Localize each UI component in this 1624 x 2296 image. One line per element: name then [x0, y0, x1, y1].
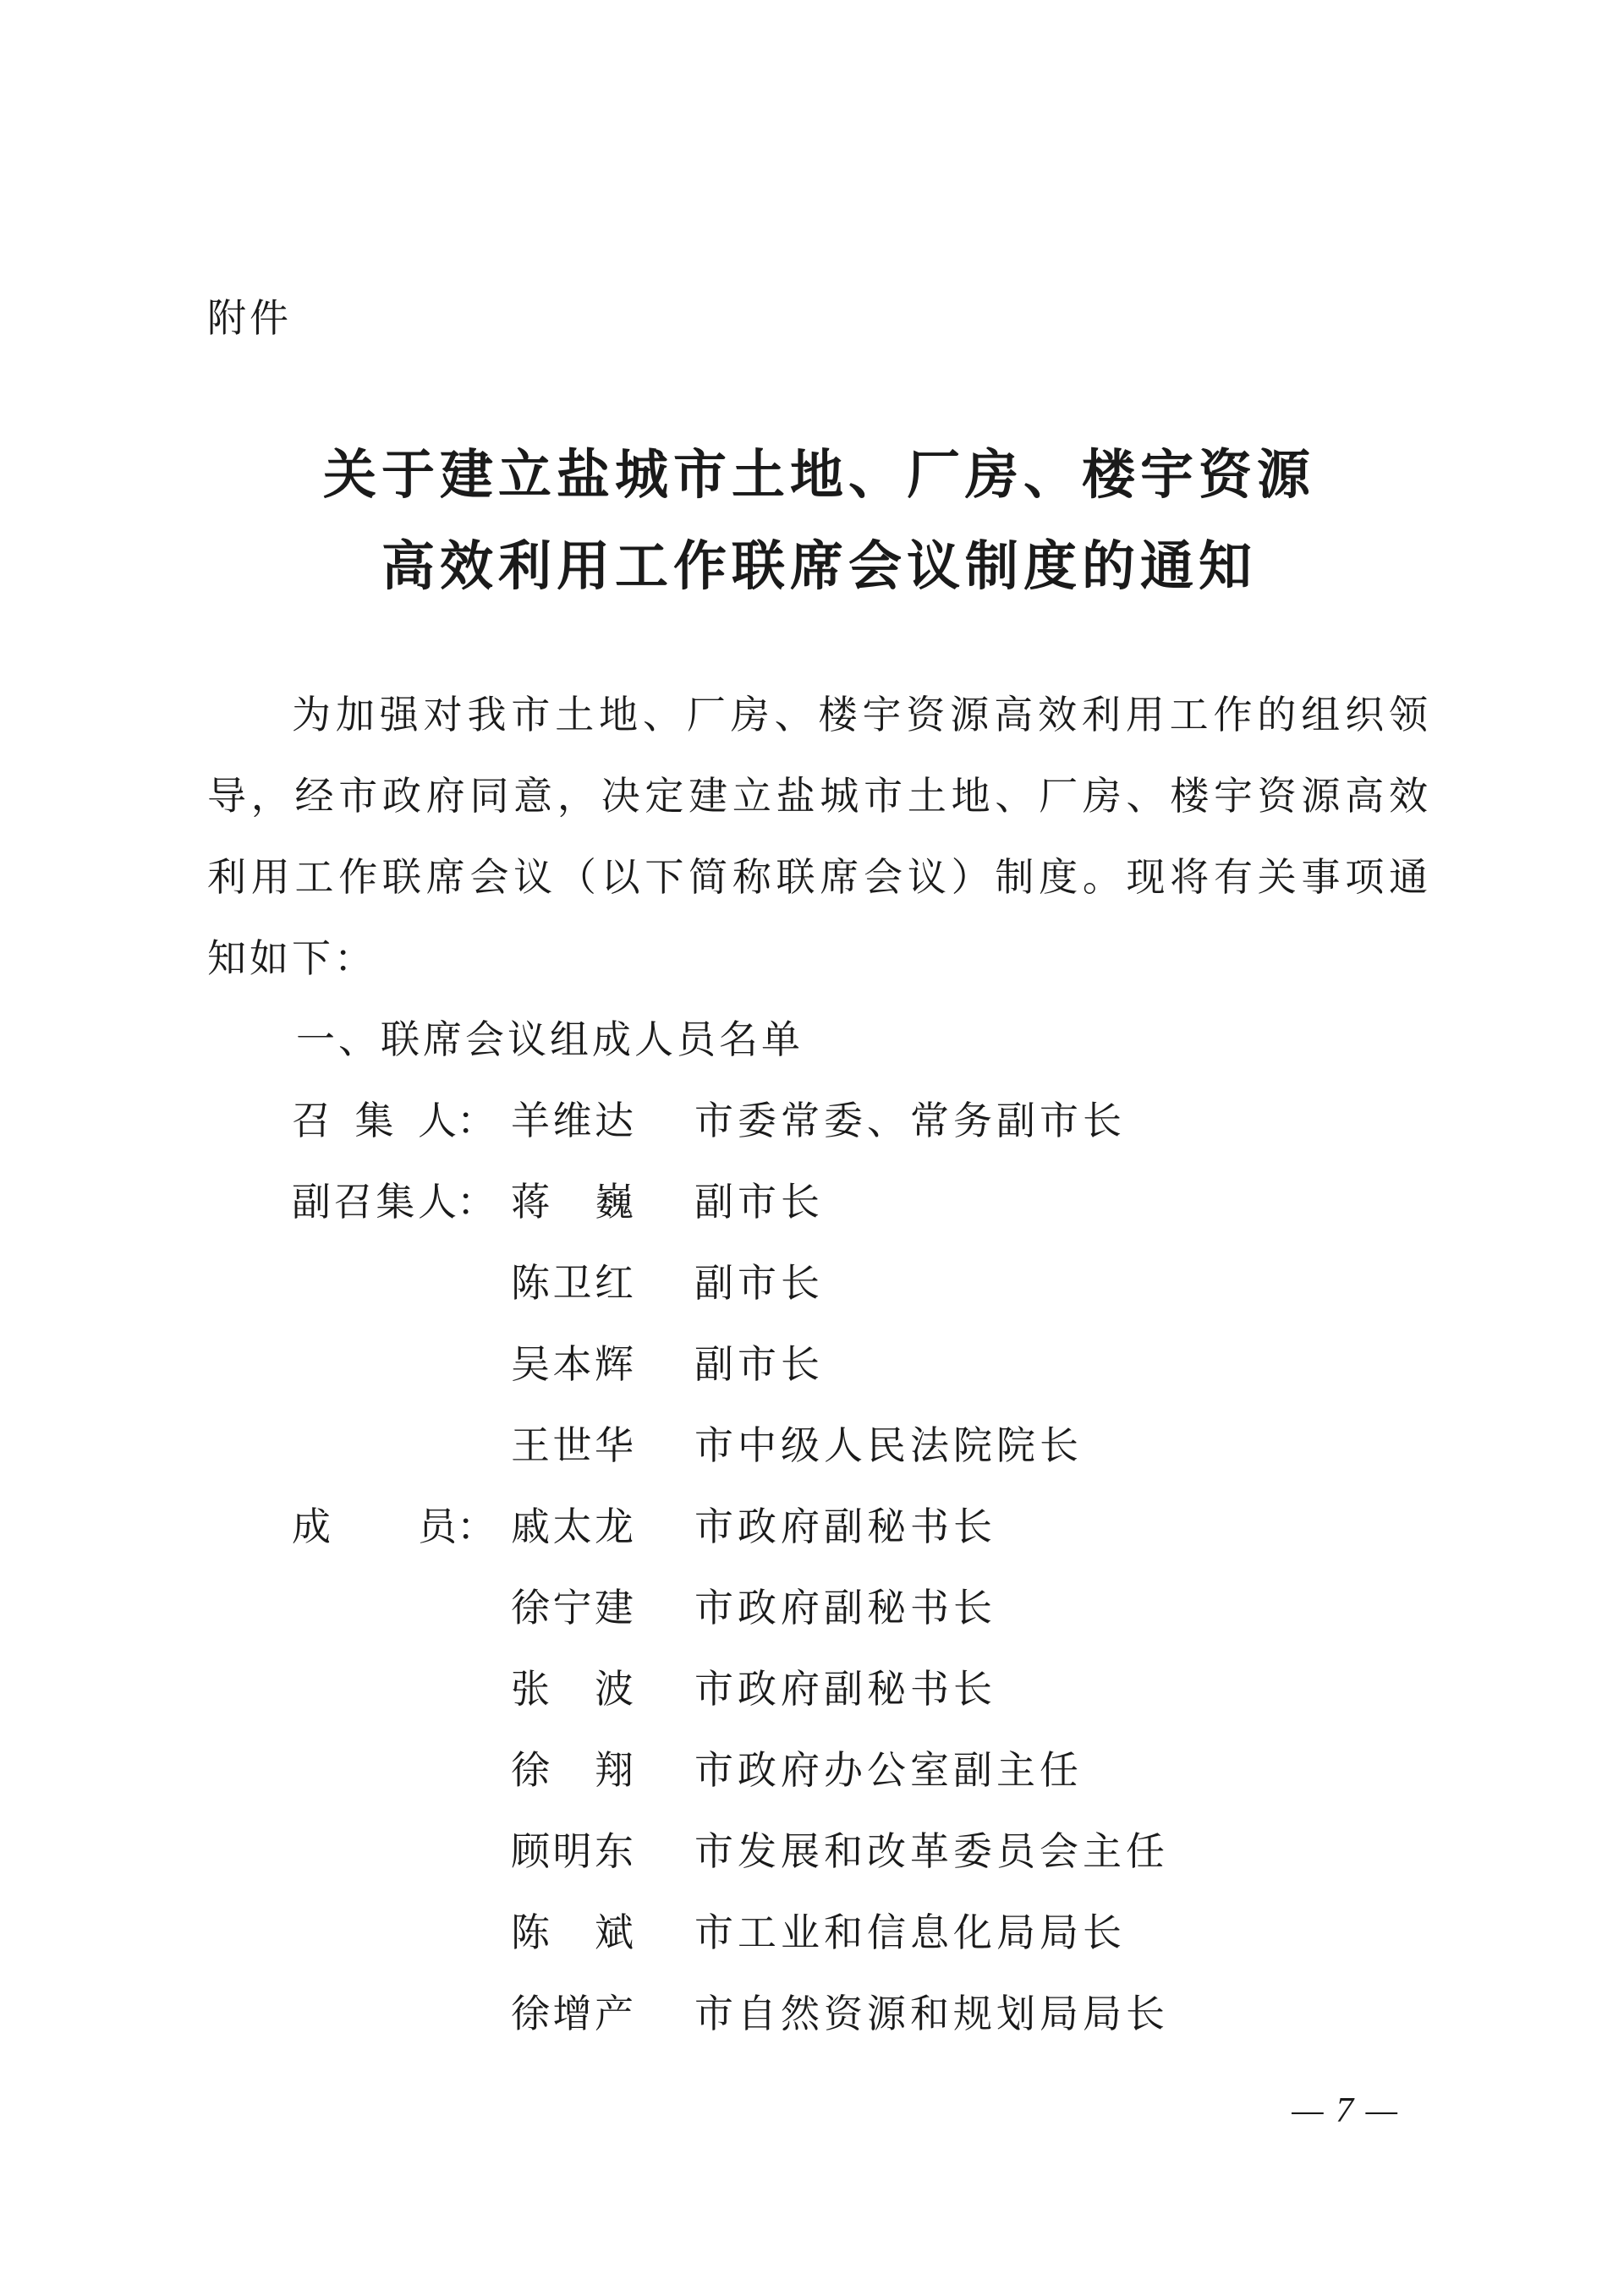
- roster-row: 徐宁建市政府副秘书长: [292, 1567, 1431, 1648]
- roster-role-label: 召集人: [292, 1080, 457, 1161]
- roster-person-name: 王世华: [511, 1405, 634, 1486]
- page-number: — 7 —: [1292, 2087, 1399, 2134]
- roster-row: 陈卫红副市长: [292, 1242, 1431, 1323]
- roster-person-name: 徐翔: [511, 1729, 634, 1811]
- roster-person-title: 市委常委、常务副市长: [694, 1080, 1126, 1161]
- attachment-label: 附件: [207, 0, 1431, 342]
- roster-person-name: 吴本辉: [511, 1323, 634, 1405]
- roster-row-convener: 召集人：羊维达市委常委、常务副市长: [292, 1080, 1431, 1161]
- roster-row-deputy-convener: 副召集人：蒋巍副市长: [292, 1161, 1431, 1242]
- roster-person-name: 徐增产: [511, 1973, 634, 2054]
- title-line-2: 高效利用工作联席会议制度的通知: [207, 521, 1431, 612]
- roster-person-title: 市政府副秘书长: [694, 1567, 996, 1648]
- document-title: 关于建立盐城市土地、厂房、楼宇资源 高效利用工作联席会议制度的通知: [207, 430, 1431, 612]
- roster-person-title: 市政府办公室副主任: [694, 1729, 1083, 1811]
- roster-row: 徐翔市政府办公室副主任: [292, 1729, 1431, 1811]
- roster-person-name: 蒋巍: [511, 1161, 634, 1242]
- document-page: 附件 关于建立盐城市土地、厂房、楼宇资源 高效利用工作联席会议制度的通知 为加强…: [0, 0, 1624, 2296]
- roster-person-name: 羊维达: [511, 1080, 634, 1161]
- roster-person-name: 陈卫红: [511, 1242, 634, 1323]
- roster-person-name: 戚太龙: [511, 1486, 634, 1567]
- roster-person-title: 副市长: [694, 1161, 824, 1242]
- roster-person-name: 陈斌: [511, 1892, 634, 1973]
- roster-person-title: 副市长: [694, 1323, 824, 1405]
- roster-person-title: 市政府副秘书长: [694, 1648, 996, 1729]
- roster-person-title: 副市长: [694, 1242, 824, 1323]
- roster-row: 张波市政府副秘书长: [292, 1648, 1431, 1729]
- roster-colon: ：: [457, 1486, 497, 1567]
- roster-colon: ：: [457, 1161, 497, 1242]
- title-line-1: 关于建立盐城市土地、厂房、楼宇资源: [207, 430, 1431, 521]
- roster-person-title: 市自然资源和规划局局长: [694, 1973, 1169, 2054]
- roster-person-title: 市中级人民法院院长: [694, 1405, 1083, 1486]
- document-content: 附件 关于建立盐城市土地、厂房、楼宇资源 高效利用工作联席会议制度的通知 为加强…: [0, 0, 1624, 2054]
- roster-list: 召集人：羊维达市委常委、常务副市长 副召集人：蒋巍副市长 陈卫红副市长 吴本辉副…: [207, 1080, 1431, 2054]
- roster-person-title: 市政府副秘书长: [694, 1486, 996, 1567]
- roster-role-label: 副召集人: [292, 1161, 457, 1242]
- intro-paragraph: 为加强对我市土地、厂房、楼宇资源高效利用工作的组织领导，经市政府同意，决定建立盐…: [207, 674, 1431, 999]
- roster-row: 吴本辉副市长: [292, 1323, 1431, 1405]
- roster-role-label: 成员: [292, 1486, 457, 1567]
- roster-person-title: 市工业和信息化局局长: [694, 1892, 1126, 1973]
- section-1-heading: 一、联席会议组成人员名单: [207, 999, 1431, 1080]
- roster-row: 顾明东市发展和改革委员会主任: [292, 1811, 1431, 1892]
- roster-row: 徐增产市自然资源和规划局局长: [292, 1973, 1431, 2054]
- roster-row: 陈斌市工业和信息化局局长: [292, 1892, 1431, 1973]
- roster-row-members-start: 成员：戚太龙市政府副秘书长: [292, 1486, 1431, 1567]
- roster-person-name: 顾明东: [511, 1811, 634, 1892]
- roster-row: 王世华市中级人民法院院长: [292, 1405, 1431, 1486]
- roster-colon: ：: [457, 1080, 497, 1161]
- roster-person-name: 张波: [511, 1648, 634, 1729]
- roster-person-title: 市发展和改革委员会主任: [694, 1811, 1169, 1892]
- roster-person-name: 徐宁建: [511, 1567, 634, 1648]
